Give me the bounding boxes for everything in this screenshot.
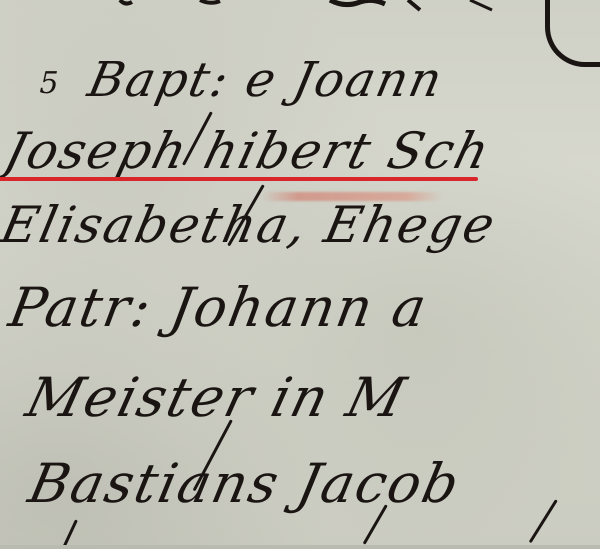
line-text: Joseph hibert Sch xyxy=(0,122,497,180)
register-line-1: 5Bapt: e Joann xyxy=(34,52,449,108)
page-bottom-edge xyxy=(0,545,600,549)
ink-descender xyxy=(62,519,77,547)
line-text: Bastians Jacob xyxy=(23,452,466,515)
line-text: Meister in M xyxy=(20,366,413,429)
cropped-ink-strokes-top xyxy=(0,0,600,14)
line-text: Patr: Johann a xyxy=(4,276,432,339)
register-line-5: Meister in M xyxy=(20,366,413,429)
register-line-6: Bastians Jacob xyxy=(23,452,466,515)
register-line-2: Joseph hibert Sch xyxy=(0,122,497,180)
register-page: 5Bapt: e Joann Joseph hibert Sch Elisabe… xyxy=(0,0,600,549)
red-underline-annotation xyxy=(0,177,478,181)
line-text: Bapt: e Joann xyxy=(83,52,448,108)
entry-number: 5 xyxy=(36,66,65,101)
register-line-4: Patr: Johann a xyxy=(4,276,432,339)
ink-loop-stroke xyxy=(545,0,600,67)
ink-descender xyxy=(529,499,558,543)
